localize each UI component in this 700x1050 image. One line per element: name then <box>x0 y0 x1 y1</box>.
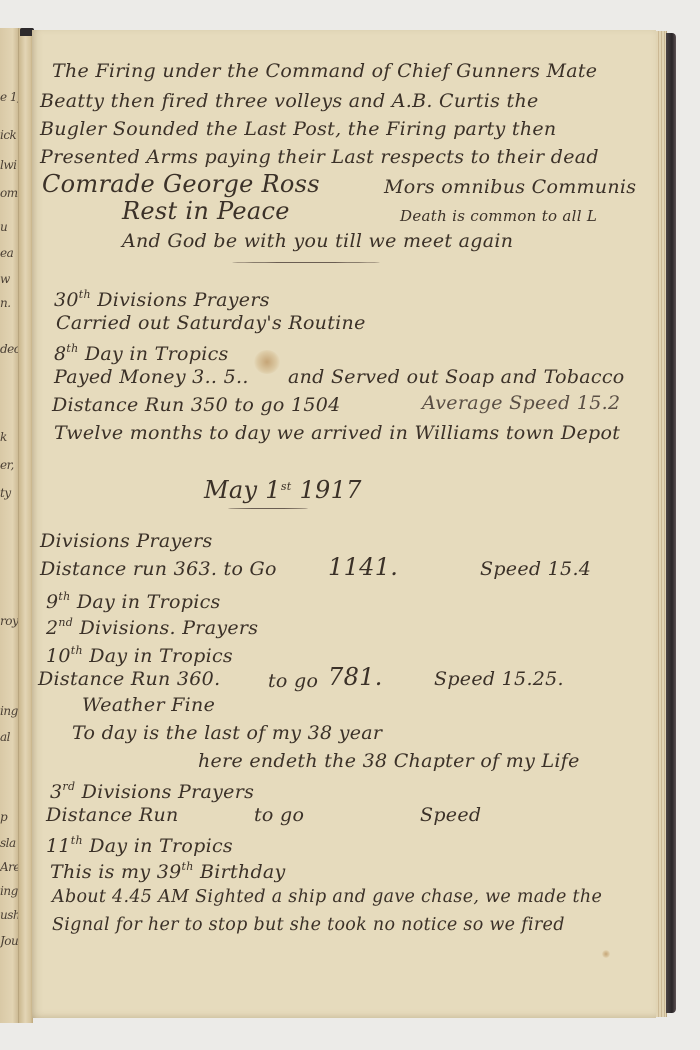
apr30-distance: Distance Run 350 to go 1504 <box>52 394 341 416</box>
apr30-twelve-months: Twelve months to day we arrived in Willi… <box>54 422 620 444</box>
date-month-day: May 1 <box>204 476 281 504</box>
tropics-text: Day in Tropics <box>89 835 233 857</box>
birthday-word: Birthday <box>194 861 286 883</box>
may2-divisions: 2nd Divisions. Prayers <box>46 612 258 639</box>
latin-translation: Death is common to all L <box>400 205 597 227</box>
latin-motto: Mors omnibus Communis <box>384 176 636 198</box>
divisions-text: Divisions. Prayers <box>79 617 258 639</box>
previous-page-text-fragment: k <box>0 430 18 444</box>
previous-page-text-fragment: er, <box>0 458 18 472</box>
may2-chapter: here endeth the 38 Chapter of my Life <box>198 750 580 772</box>
day-number: 3 <box>50 781 62 803</box>
divisions-text: Divisions Prayers <box>82 781 255 803</box>
ordinal-suffix: rd <box>62 780 75 793</box>
apr30-routine: Carried out Saturday's Routine <box>56 312 366 334</box>
date-heading-may-1: May 1st 1917 <box>204 476 362 501</box>
ordinal-suffix: th <box>66 342 78 355</box>
previous-page-text-fragment: w <box>0 272 18 286</box>
ordinal-suffix: th <box>79 288 91 301</box>
farewell-line: And God be with you till we meet again <box>122 230 513 252</box>
ink-stain <box>254 350 280 374</box>
previous-page-text-fragment: u <box>0 220 18 234</box>
date-underline-flourish <box>228 508 308 509</box>
may1-to-go: 1141. <box>328 556 398 578</box>
funeral-line-1: The Firing under the Command of Chief Gu… <box>52 60 597 82</box>
divisions-text: Divisions Prayers <box>97 289 270 311</box>
may2-to-go-label: to go <box>268 670 318 692</box>
may2-to-go: 781. <box>328 666 383 688</box>
book-gutter <box>18 28 33 1023</box>
apr30-soap-tobacco: and Served out Soap and Tobacco <box>288 366 625 388</box>
may2-last-of-year: To day is the last of my 38 year <box>72 722 382 744</box>
may3-ship-line-1: About 4.45 AM Sighted a ship and gave ch… <box>52 886 602 908</box>
apr30-paid-money: Payed Money 3.. 5.. <box>54 366 249 388</box>
day-number: 8 <box>54 343 66 365</box>
previous-page-text-fragment: sla <box>0 836 18 850</box>
may1-tropics: 9th Day in Tropics <box>46 586 221 613</box>
apr30-divisions: 30th Divisions Prayers <box>54 284 270 311</box>
ordinal-suffix: th <box>71 644 83 657</box>
previous-page-text-fragment: ty <box>0 486 18 500</box>
funeral-line-3: Bugler Sounded the Last Post, the Firing… <box>40 118 556 140</box>
tropics-text: Day in Tropics <box>85 343 229 365</box>
may1-divisions: Divisions Prayers <box>40 530 213 552</box>
previous-page-text-fragment: omi <box>0 186 18 200</box>
previous-page-edge: e 1;icklwiomiueawn.deckker,tyroy!ingalps… <box>0 28 18 1023</box>
previous-page-text-fragment: n. <box>0 296 18 310</box>
book-cover-edge <box>666 33 676 1013</box>
apr30-tropics: 8th Day in Tropics <box>54 338 229 365</box>
may3-divisions: 3rd Divisions Prayers <box>50 776 254 803</box>
previous-page-text-fragment: e 1; <box>0 90 18 104</box>
may2-speed: Speed 15.25. <box>434 668 564 690</box>
previous-page-text-fragment: ick <box>0 128 18 142</box>
birthday-text: This is my 39 <box>50 861 182 883</box>
ordinal-suffix: th <box>182 860 194 873</box>
may3-distance-label: Distance Run <box>46 804 179 826</box>
may3-ship-line-2: Signal for her to stop but she took no n… <box>52 914 565 936</box>
tropics-text: Day in Tropics <box>77 591 221 613</box>
previous-page-text-fragment: deck <box>0 342 18 356</box>
previous-page-text-fragment: ea <box>0 246 18 260</box>
divider-flourish <box>232 262 380 263</box>
previous-page-text-fragment: roy! <box>0 614 18 628</box>
funeral-line-4: Presented Arms paying their Last respect… <box>40 146 599 168</box>
may2-distance: Distance Run 360. <box>38 668 220 690</box>
date-year: 1917 <box>292 476 362 504</box>
previous-page-text-fragment: ing <box>0 704 18 718</box>
may3-speed-label: Speed <box>420 804 481 826</box>
ordinal-suffix: nd <box>58 616 73 629</box>
tropics-text: Day in Tropics <box>89 645 233 667</box>
day-number: 11 <box>46 835 71 857</box>
previous-page-text-fragment: al <box>0 730 18 744</box>
apr30-avg-speed: Average Speed 15.2 <box>422 392 620 414</box>
previous-page-text-fragment: ush <box>0 908 18 922</box>
rest-in-peace: Rest in Peace <box>122 200 290 222</box>
previous-page-text-fragment: Are <box>0 860 18 874</box>
diary-page: The Firing under the Command of Chief Gu… <box>32 30 656 1018</box>
may2-tropics: 10th Day in Tropics <box>46 640 233 667</box>
day-number: 30 <box>54 289 79 311</box>
funeral-comrade-name: Comrade George Ross <box>42 173 320 195</box>
previous-page-text-fragment: ing <box>0 884 18 898</box>
previous-page-text-fragment: p <box>0 810 18 824</box>
may1-distance: Distance run 363. to Go <box>40 558 277 580</box>
may3-birthday: This is my 39th Birthday <box>50 856 286 883</box>
ordinal-suffix: th <box>71 834 83 847</box>
may3-to-go-label: to go <box>254 804 304 826</box>
may1-speed: Speed 15.4 <box>480 558 591 580</box>
foxing-spot <box>602 950 610 958</box>
previous-page-text-fragment: lwi <box>0 158 18 172</box>
previous-page-text-fragment: Jou <box>0 934 18 948</box>
may3-tropics: 11th Day in Tropics <box>46 830 233 857</box>
ordinal-suffix: st <box>281 480 292 493</box>
day-number: 10 <box>46 645 71 667</box>
day-number: 2 <box>46 617 58 639</box>
ordinal-suffix: th <box>58 590 70 603</box>
day-number: 9 <box>46 591 58 613</box>
may2-weather: Weather Fine <box>82 694 215 716</box>
funeral-line-2: Beatty then fired three volleys and A.B.… <box>40 90 539 112</box>
